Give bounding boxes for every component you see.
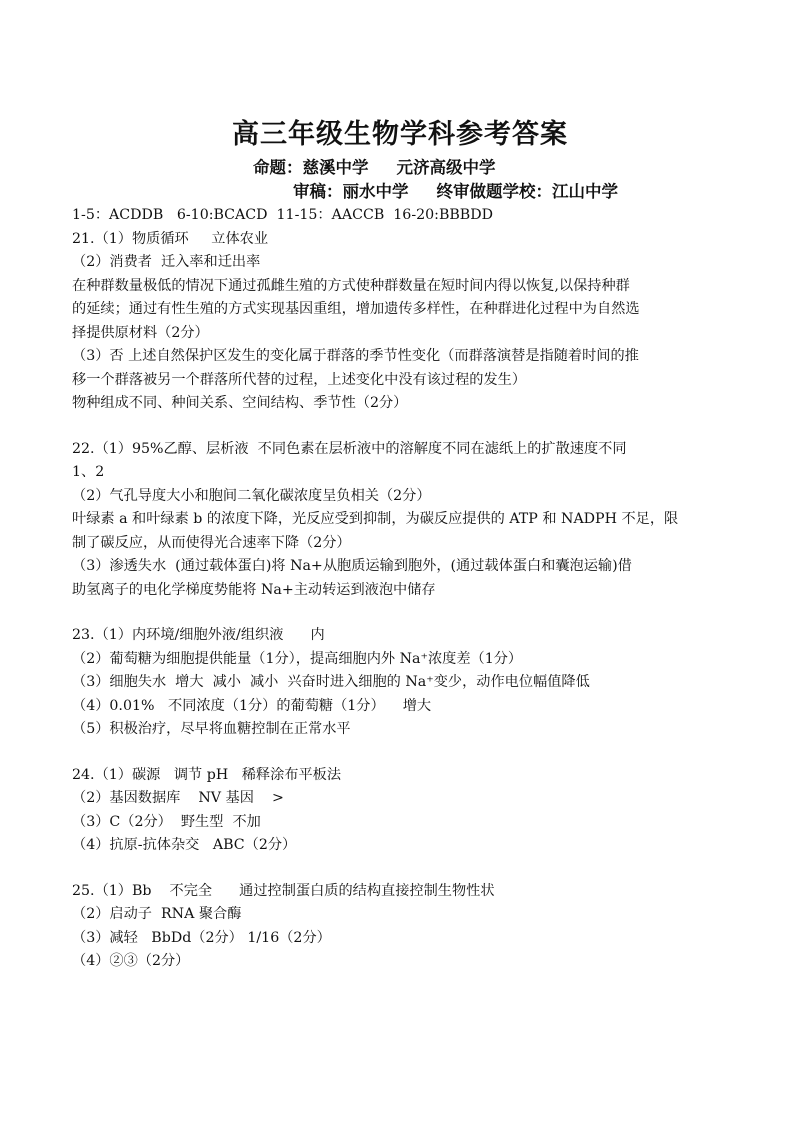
answer-line: （2）气孔导度大小和胞间二氧化碳浓度呈负相关（2分） [72,485,732,509]
answer-line: 叶绿素 a 和叶绿素 b 的浓度下降，光反应受到抑制，为碳反应提供的 ATP 和… [72,508,732,532]
answer-key-page: 高三年级生物学科参考答案 命题：慈溪中学元济高级中学 审稿：丽水中学终审做题学校… [0,0,800,1131]
review-line: 审稿：丽水中学终审做题学校：江山中学 [293,178,618,202]
question-24: 24.（1）碳源 调节 pH 稀释涂布平板法 （2）基因数据库 NV 基因 > … [72,764,732,858]
question-22: 22.（1）95%乙醇、层析液 不同色素在层析液中的溶解度不同在滤纸上的扩散速度… [72,438,732,603]
answer-body: 1-5：ACDDB 6-10:BCACD 11-15：AACCB 16-20:B… [72,204,732,974]
answer-line: （4）抗原-抗体杂交 ABC（2分） [72,834,732,858]
section-gap [72,416,732,438]
answer-line: （4）0.01% 不同浓度（1分）的葡萄糖（1分） 增大 [72,695,732,719]
answer-line: 23.（1）内环境/细胞外液/组织液 内 [72,624,732,648]
question-23: 23.（1）内环境/细胞外液/组织液 内 （2）葡萄糖为细胞提供能量（1分），提… [72,624,732,742]
review-school: 丽水中学 [343,182,409,201]
answer-line: 25.（1）Bb 不完全 通过控制蛋白质的结构直接控制生物性状 [72,880,732,904]
section-gap [72,602,732,624]
answer-line: 择提供原材料（2分） [72,322,732,346]
section-gap [72,858,732,880]
answer-line: 在种群数量极低的情况下通过孤雌生殖的方式使种群数量在短时间内得以恢复,以保持种群 [72,275,732,299]
proposition-school-1: 慈溪中学 [303,158,369,177]
answer-line: （5）积极治疗，尽早将血糖控制在正常水平 [72,718,732,742]
review-label: 审稿： [293,182,343,201]
answer-line: 制了碳反应，从而使得光合速率下降（2分） [72,532,732,556]
answer-line: （3）减轻 BbDd（2分） 1/16（2分） [72,927,732,951]
answer-line: （2）消费者 迁入率和迁出率 [72,251,732,275]
proposition-school-2: 元济高级中学 [397,158,496,177]
answer-line: （2）基因数据库 NV 基因 > [72,787,732,811]
answer-line: 的延续；通过有性生殖的方式实现基因重组，增加遗传多样性，在种群进化过程中为自然选 [72,298,732,322]
answer-line: （3）C（2分） 野生型 不加 [72,811,732,835]
answer-line: 移一个群落被另一个群落所代替的过程，上述变化中没有该过程的发生） [72,369,732,393]
answer-line: （2）启动子 RNA 聚合酶 [72,903,732,927]
proposition-line: 命题：慈溪中学元济高级中学 [253,154,496,178]
answer-line: 22.（1）95%乙醇、层析液 不同色素在层析液中的溶解度不同在滤纸上的扩散速度… [72,438,732,462]
answer-line: （3）细胞失水 增大 减小 减小 兴奋时进入细胞的 Na⁺变少，动作电位幅值降低 [72,671,732,695]
document-title: 高三年级生物学科参考答案 [0,112,800,151]
answer-line: 24.（1）碳源 调节 pH 稀释涂布平板法 [72,764,732,788]
answer-line: （3）渗透失水 (通过载体蛋白)将 Na+从胞质运输到胞外，(通过载体蛋白和囊泡… [72,555,732,579]
section-gap [72,742,732,764]
answer-line: 1、2 [72,461,732,485]
question-21: 21.（1）物质循环 立体农业 （2）消费者 迁入率和迁出率 在种群数量极低的情… [72,228,732,416]
answer-line: 助氢离子的电化学梯度势能将 Na+主动转运到液泡中储存 [72,579,732,603]
multiple-choice-answers: 1-5：ACDDB 6-10:BCACD 11-15：AACCB 16-20:B… [72,204,732,228]
proposition-label: 命题： [253,158,303,177]
question-25: 25.（1）Bb 不完全 通过控制蛋白质的结构直接控制生物性状 （2）启动子 R… [72,880,732,974]
final-review-school: 江山中学 [552,182,618,201]
answer-line: 21.（1）物质循环 立体农业 [72,228,732,252]
answer-line: （2）葡萄糖为细胞提供能量（1分），提高细胞内外 Na⁺浓度差（1分） [72,648,732,672]
final-review-label: 终审做题学校： [437,182,553,201]
answer-line: （3）否 上述自然保护区发生的变化属于群落的季节性变化（而群落演替是指随着时间的… [72,345,732,369]
answer-line: 物种组成不同、种间关系、空间结构、季节性（2分） [72,392,732,416]
answer-line: （4）②③（2分） [72,950,732,974]
